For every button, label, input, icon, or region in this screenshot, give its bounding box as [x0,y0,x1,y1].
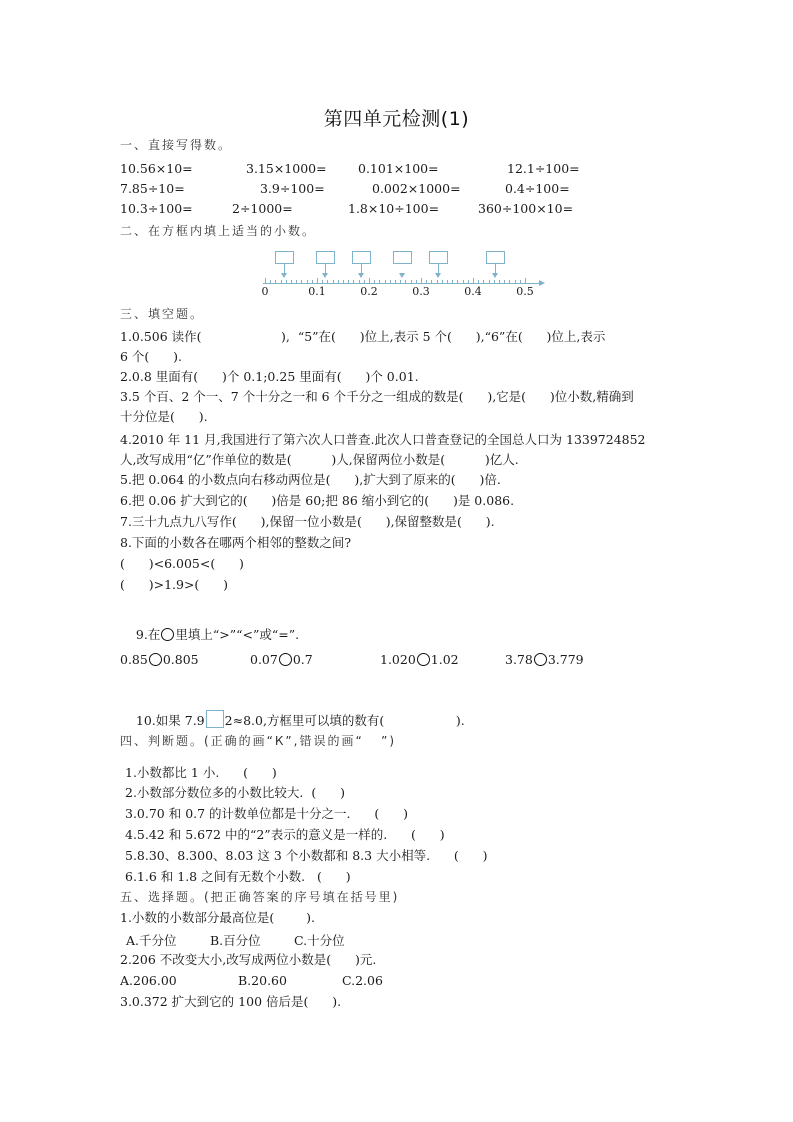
question-3-1: 1.0.506 读作( ), “5”在( )位上,表示 5 个( ),“6”在(… [120,329,605,345]
digit-answer-box[interactable] [206,710,224,728]
arrow-down-icon [435,273,441,278]
q9-prefix: 9.在 [136,627,160,642]
judge-item: 3.0.70 和 0.7 的计数单位都是十分之一. ( ) [125,806,408,822]
compare-circle[interactable] [417,653,430,666]
number-line-answer-box[interactable] [393,251,412,264]
number-line-answer-box[interactable] [429,251,448,264]
section-5-heading: 五、选择题。(把正确答案的序号填在括号里) [120,889,399,905]
choice-question-2: 2.206 不改变大小,改写成两位小数是( )元. [120,952,376,968]
arrow-down-icon [358,273,364,278]
calc-item: 10.56×10= [120,161,193,176]
question-3-3: 3.5 个百、2 个一、7 个十分之一和 6 个千分之一组成的数是( ),它是(… [120,389,634,405]
calc-item: 0.4÷100= [505,181,570,196]
question-3-8-a: ( )<6.005<( ) [120,556,244,572]
choice-question-1: 1.小数的小数部分最高位是( ). [120,910,315,926]
q9-suffix: 里填上“>”“<”或“=”. [175,627,299,642]
section-4-heading: 四、判断题。(正确的画“К”,错误的画“ ”) [120,733,396,749]
compare-item: 0.070.7 [250,652,313,667]
calc-item: 0.101×100= [358,161,439,176]
calc-item: 3.15×1000= [246,161,327,176]
option: B.百分位 [210,931,261,949]
compare-circle[interactable] [534,653,547,666]
question-3-3-cont: 十分位是( ). [120,409,208,425]
calc-item: 10.3÷100= [120,201,193,216]
calc-item: 360÷100×10= [478,201,573,216]
option: C.2.06 [342,973,383,988]
judge-item: 1.小数都比 1 小. ( ) [125,765,277,781]
option: A.千分位 [122,931,176,949]
question-3-2: 2.0.8 里面有( )个 0.1;0.25 里面有( )个 0.01. [120,369,419,385]
arrow-down-icon [492,273,498,278]
calc-item: 2÷1000= [232,201,293,216]
calc-item: 1.8×10÷100= [348,201,439,216]
section-1-heading: 一、直接写得数。 [120,137,232,153]
question-3-6: 6.把 0.06 扩大到它的( )倍是 60;把 86 缩小到它的( )是 0.… [120,493,514,509]
number-line-answer-box[interactable] [316,251,335,264]
compare-circle[interactable] [149,653,162,666]
axis-arrow-icon [539,280,545,286]
compare-item: 1.0201.02 [380,652,459,667]
number-line-axis [263,283,541,284]
axis-label: 0.2 [360,285,378,298]
question-3-4-cont: 人,改写成用“亿”作单位的数是( )人,保留两位小数是( )亿人. [120,452,519,468]
judge-item: 2.小数部分数位多的小数比较大. ( ) [125,785,345,801]
q10-prefix: 10.如果 7.9 [136,713,205,728]
question-3-8-b: ( )>1.9>( ) [120,577,228,593]
number-line-answer-box[interactable] [486,251,505,264]
option: B.20.60 [238,973,287,988]
calc-item: 3.9÷100= [260,181,325,196]
axis-label: 0.4 [464,285,482,298]
number-line-answer-box[interactable] [352,251,371,264]
number-line: 0 0.1 0.2 0.3 0.4 0.5 [255,248,545,298]
axis-label: 0.1 [308,285,326,298]
calc-row-3: 10.3÷100= 2÷1000= 1.8×10÷100= 360÷100×10… [120,201,136,291]
axis-label: 0.3 [412,285,430,298]
calc-item: 12.1÷100= [507,161,580,176]
arrow-down-icon [281,273,287,278]
calc-item: 7.85÷10= [120,181,185,196]
worksheet-page: 第四单元检测(1) 一、直接写得数。 10.56×10= 3.15×1000= … [0,0,793,1122]
axis-label: 0 [262,285,269,298]
arrow-down-icon [399,273,405,278]
question-3-8: 8.下面的小数各在哪两个相邻的整数之间? [120,535,351,551]
question-3-4: 4.2010 年 11 月,我国进行了第六次人口普查.此次人口普查登记的全国总人… [120,432,646,448]
axis-label: 0.5 [516,285,534,298]
option: C.十分位 [294,931,345,949]
calc-item: 0.002×1000= [372,181,461,196]
page-title: 第四单元检测(1) [0,104,793,131]
question-3-7: 7.三十九点九八写作( ),保留一位小数是( ),保留整数是( ). [120,514,495,530]
judge-item: 6.1.6 和 1.8 之间有无数个小数. ( ) [125,869,351,885]
circle-icon [161,628,174,641]
judge-item: 4.5.42 和 5.672 中的“2”表示的意义是一样的. ( ) [125,827,445,843]
option: A.206.00 [120,973,177,988]
compare-item: 0.850.805 [120,652,199,667]
compare-circle[interactable] [279,653,292,666]
section-2-heading: 二、在方框内填上适当的小数。 [120,223,316,239]
number-line-answer-box[interactable] [275,251,294,264]
q10-suffix: 2≈8.0,方框里可以填的数有( ). [225,713,465,728]
choice-options-2: A.206.00 B.20.60 C.2.06 [120,973,136,1048]
choice-question-3: 3.0.372 扩大到它的 100 倍后是( ). [120,994,341,1010]
question-3-5: 5.把 0.064 的小数点向右移动两位是( ),扩大到了原来的( )倍. [120,472,501,488]
judge-item: 5.8.30、8.300、8.03 这 3 个小数都和 8.3 大小相等. ( … [125,848,487,864]
section-3-heading: 三、填空题。 [120,306,204,322]
question-3-1-cont: 6 个( ). [120,349,182,365]
arrow-down-icon [322,273,328,278]
compare-item: 3.783.779 [505,652,584,667]
